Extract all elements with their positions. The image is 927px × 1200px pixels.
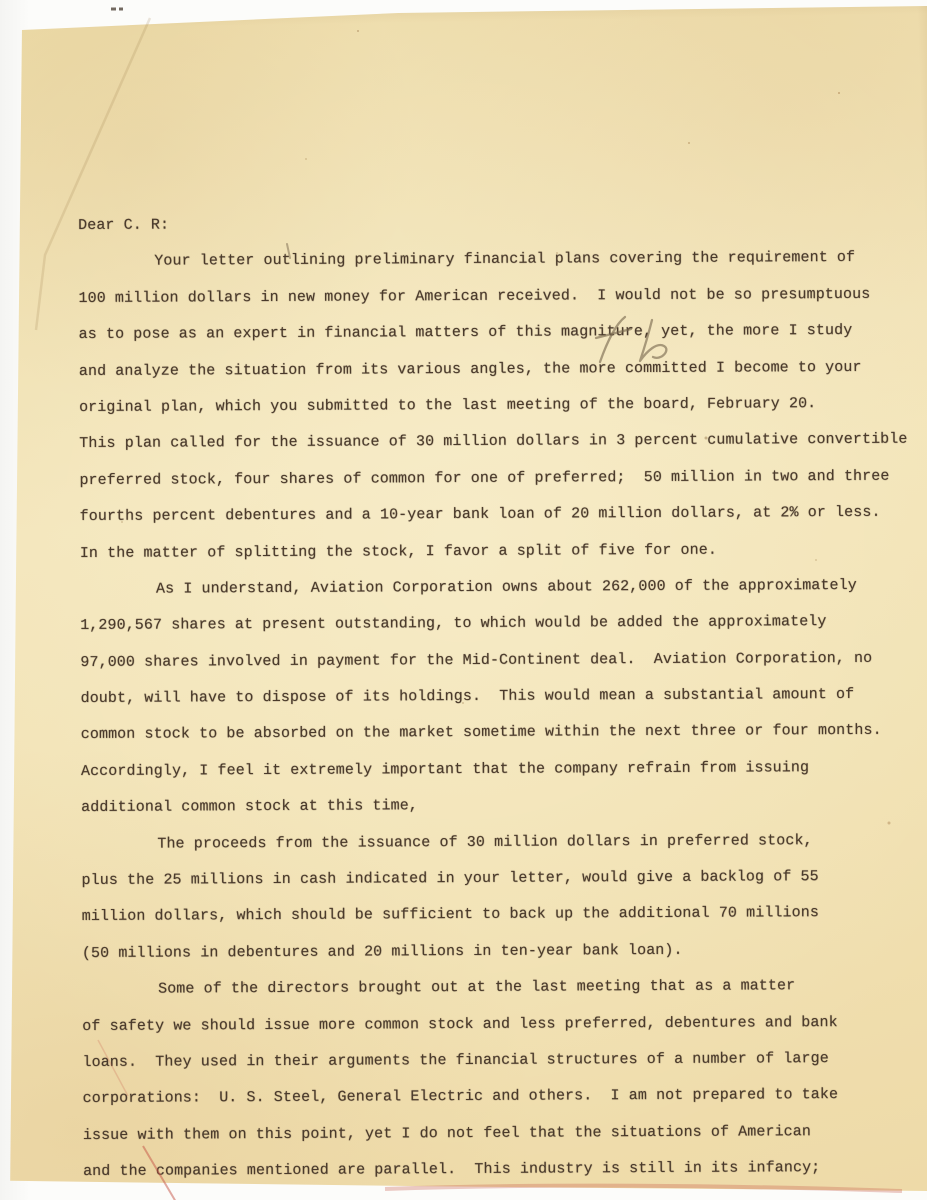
letter-line: The proceeds from the issuance of 30 mil… bbox=[81, 822, 923, 863]
letter-line: of safety we should issue more common st… bbox=[82, 1004, 924, 1045]
letter-line: doubt, will have to dispose of its holdi… bbox=[80, 677, 922, 718]
letter-line: 100 million dollars in new money for Ame… bbox=[78, 276, 920, 317]
paragraph: As I understand, Aviation Corporation ow… bbox=[80, 567, 923, 826]
letter-paragraphs: Your letter outlining preliminary financ… bbox=[78, 240, 925, 1191]
letter-line: 1,290,567 shares at present outstanding,… bbox=[80, 604, 922, 645]
letter-line: common stock to be absorbed on the marke… bbox=[81, 713, 923, 754]
paragraph: The proceeds from the issuance of 30 mil… bbox=[81, 822, 924, 972]
letter-line: loans. They used in their arguments the … bbox=[82, 1041, 924, 1082]
letter-body: Dear C. R: Your letter outlining prelimi… bbox=[78, 204, 925, 1191]
letter-line: Your letter outlining preliminary financ… bbox=[78, 240, 920, 281]
letter-line: additional common stock at this time, bbox=[81, 786, 923, 827]
letter-line: fourths percent debentures and a 10-year… bbox=[80, 495, 922, 536]
letter-line: In the matter of splitting the stock, I … bbox=[80, 531, 922, 572]
letter-line: preferred stock, four shares of common f… bbox=[79, 458, 921, 499]
salutation: Dear C. R: bbox=[78, 204, 920, 245]
letter-line: (50 millions in debentures and 20 millio… bbox=[82, 931, 924, 972]
letter-line: corporations: U. S. Steel, General Elect… bbox=[83, 1077, 925, 1118]
letter-line: as to pose as an expert in financial mat… bbox=[79, 313, 921, 354]
letter-line: issue with them on this point, yet I do … bbox=[83, 1113, 925, 1154]
letter-line: This plan called for the issuance of 30 … bbox=[79, 422, 921, 463]
paragraph: Some of the directors brought out at the… bbox=[82, 968, 925, 1191]
letter-line: Accordingly, I feel it extremely importa… bbox=[81, 749, 923, 790]
letter-line: original plan, which you submitted to th… bbox=[79, 386, 921, 427]
letter-line: and the companies mentioned are parallel… bbox=[83, 1150, 925, 1191]
letter-line: 97,000 shares involved in payment for th… bbox=[80, 640, 922, 681]
letter-line: Some of the directors brought out at the… bbox=[82, 968, 924, 1009]
letter-line: As I understand, Aviation Corporation ow… bbox=[80, 567, 922, 608]
letter-line: and analyze the situation from its vario… bbox=[79, 349, 921, 390]
paragraph: Your letter outlining preliminary financ… bbox=[78, 240, 922, 572]
letter-line: million dollars, which should be suffici… bbox=[82, 895, 924, 936]
letter-line: plus the 25 millions in cash indicated i… bbox=[81, 859, 923, 900]
